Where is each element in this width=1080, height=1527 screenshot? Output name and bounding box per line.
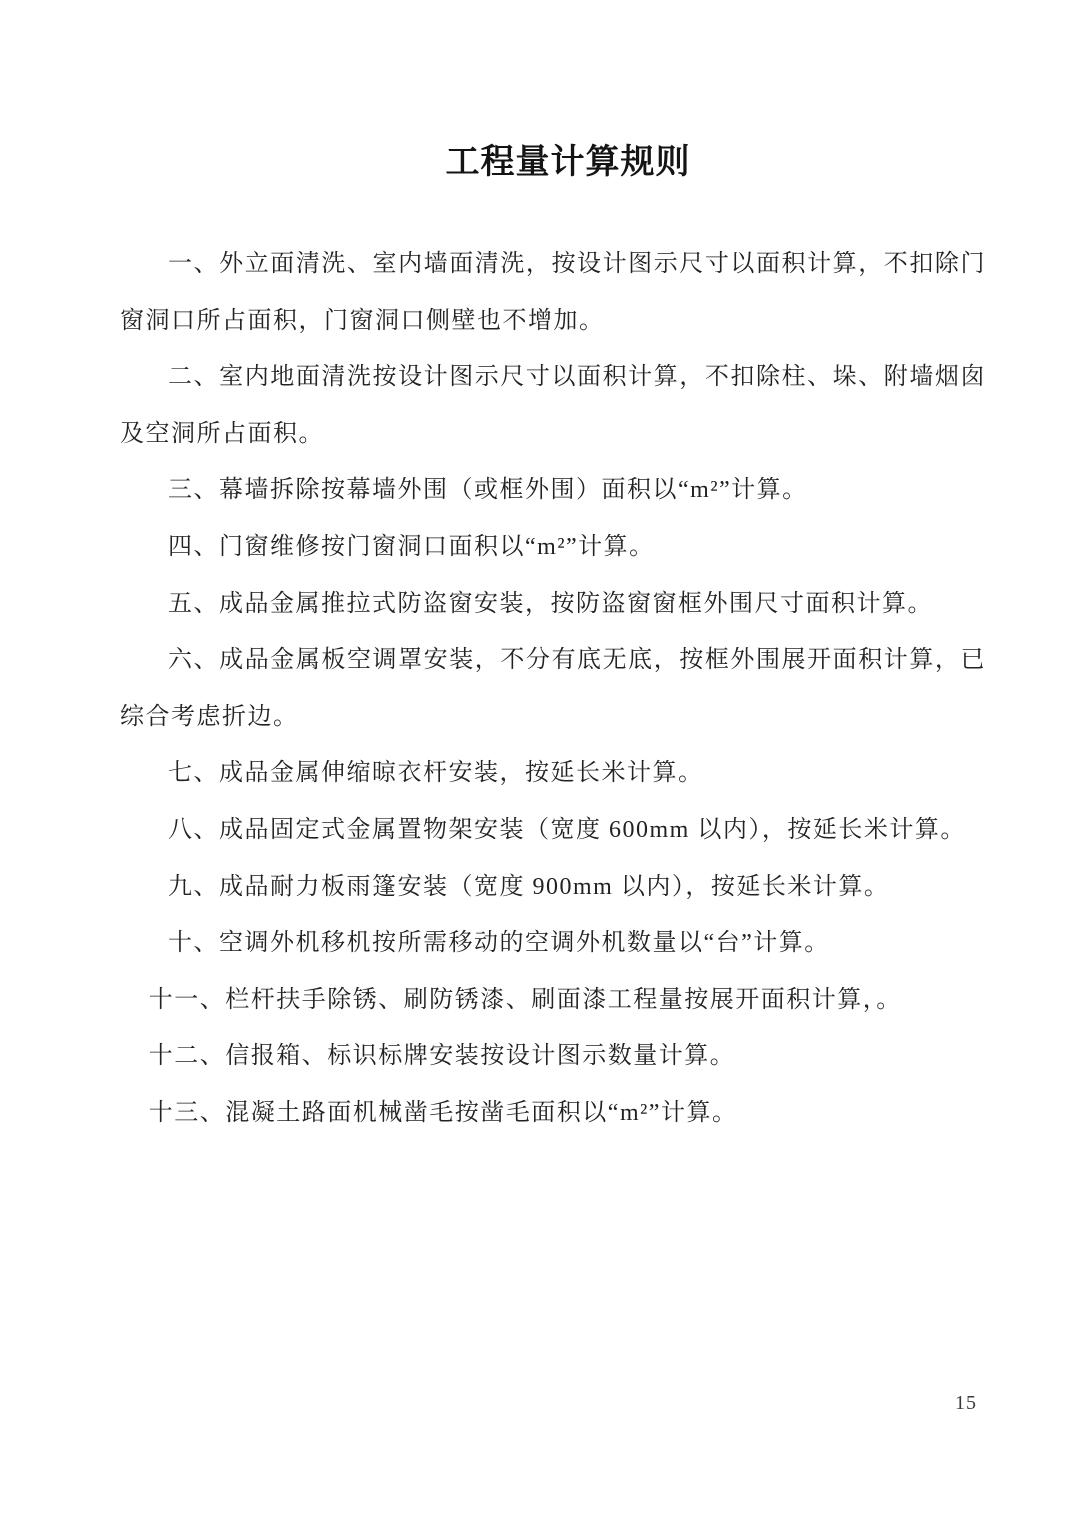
rule-item-7: 七、成品金属伸缩晾衣杆安装，按延长米计算。 (120, 745, 986, 802)
rule-item-4: 四、门窗维修按门窗洞口面积以“m²”计算。 (120, 519, 986, 576)
rule-item-12: 十二、信报箱、标识标牌安装按设计图示数量计算。 (120, 1028, 986, 1085)
document-page: 工程量计算规则 一、外立面清洗、室内墙面清洗，按设计图示尺寸以面积计算，不扣除门… (0, 0, 1080, 1527)
rule-item-6: 六、成品金属板空调罩安装，不分有底无底，按框外围展开面积计算，已综合考虑折边。 (120, 632, 986, 745)
rule-item-13: 十三、混凝土路面机械凿毛按凿毛面积以“m²”计算。 (120, 1085, 986, 1142)
rule-item-2: 二、室内地面清洗按设计图示尺寸以面积计算，不扣除柱、垛、附墙烟囱及空洞所占面积。 (120, 349, 986, 462)
rules-list: 一、外立面清洗、室内墙面清洗，按设计图示尺寸以面积计算，不扣除门窗洞口所占面积，… (120, 236, 986, 1142)
page-number: 15 (955, 1392, 977, 1415)
page-title: 工程量计算规则 (0, 134, 1080, 183)
rule-item-8: 八、成品固定式金属置物架安装（宽度 600mm 以内），按延长米计算。 (120, 802, 986, 859)
rule-item-10: 十、空调外机移机按所需移动的空调外机数量以“台”计算。 (120, 915, 986, 972)
rule-item-1: 一、外立面清洗、室内墙面清洗，按设计图示尺寸以面积计算，不扣除门窗洞口所占面积，… (120, 236, 986, 349)
rule-item-11: 十一、栏杆扶手除锈、刷防锈漆、刷面漆工程量按展开面积计算，。 (120, 972, 986, 1029)
rule-item-9: 九、成品耐力板雨篷安装（宽度 900mm 以内），按延长米计算。 (120, 859, 986, 916)
rule-item-5: 五、成品金属推拉式防盗窗安装，按防盗窗窗框外围尺寸面积计算。 (120, 576, 986, 633)
rule-item-3: 三、幕墙拆除按幕墙外围（或框外围）面积以“m²”计算。 (120, 462, 986, 519)
